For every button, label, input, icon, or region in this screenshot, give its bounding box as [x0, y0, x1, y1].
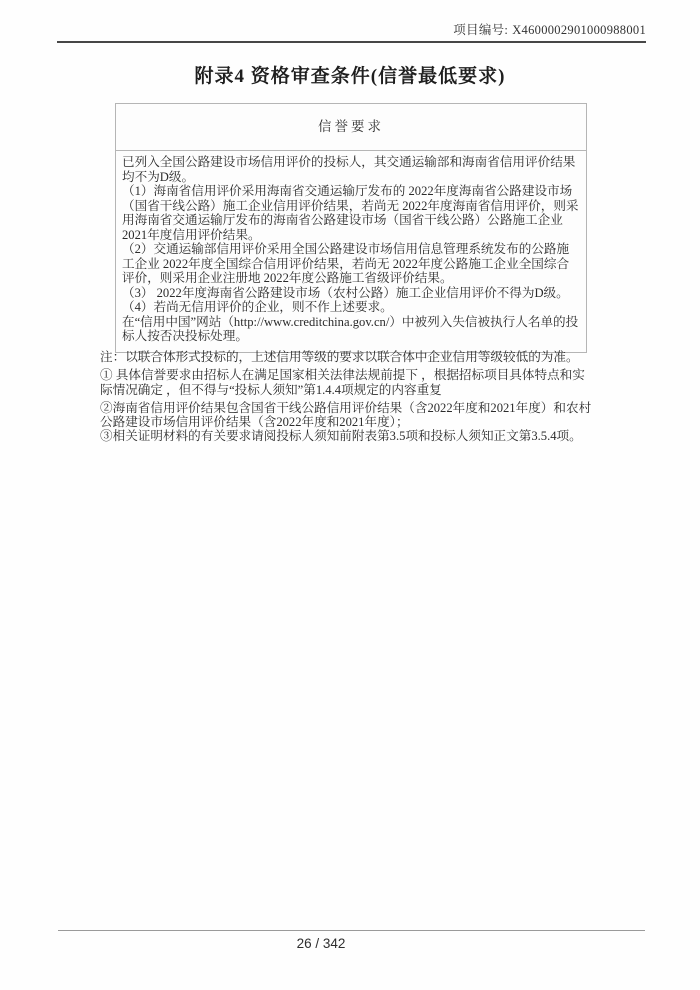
note-item: ③相关证明材料的有关要求请阅投标人须知前附表第3.5项和投标人须知正文第3.5.… [100, 429, 594, 443]
project-number-value: X4600002901000988001 [508, 23, 646, 37]
note-item: 注：以联合体形式投标的，上述信用等级的要求以联合体中企业信用等级较低的为准。 [100, 350, 594, 364]
table-header-cell: 信誉要求 [116, 104, 586, 151]
project-number-label: 项目编号: [453, 23, 508, 37]
credit-requirements-table: 信誉要求 已列入全国公路建设市场信用评价的投标人，其交通运输部和海南省信用评价结… [115, 103, 587, 353]
page-title: 附录4 资格审查条件(信誉最低要求) [0, 61, 700, 88]
page-number: 26 / 342 [27, 936, 615, 951]
note-item: ① 具体信誉要求由招标人在满足国家相关法律法规前提下 ，根据招标项目具体特点和实… [100, 368, 594, 397]
footer-divider [58, 930, 645, 931]
document-page: 项目编号:X4600002901000988001 附录4 资格审查条件(信誉最… [0, 0, 700, 990]
page-header: 项目编号:X4600002901000988001 [57, 20, 646, 43]
notes-section: 注：以联合体形式投标的，上述信用等级的要求以联合体中企业信用等级较低的为准。① … [100, 350, 594, 444]
note-item: ②海南省信用评价结果包含国省干线公路信用评价结果（含2022年度和2021年度）… [100, 401, 594, 430]
table-body-cell: 已列入全国公路建设市场信用评价的投标人，其交通运输部和海南省信用评价结果均不为D… [116, 151, 586, 352]
